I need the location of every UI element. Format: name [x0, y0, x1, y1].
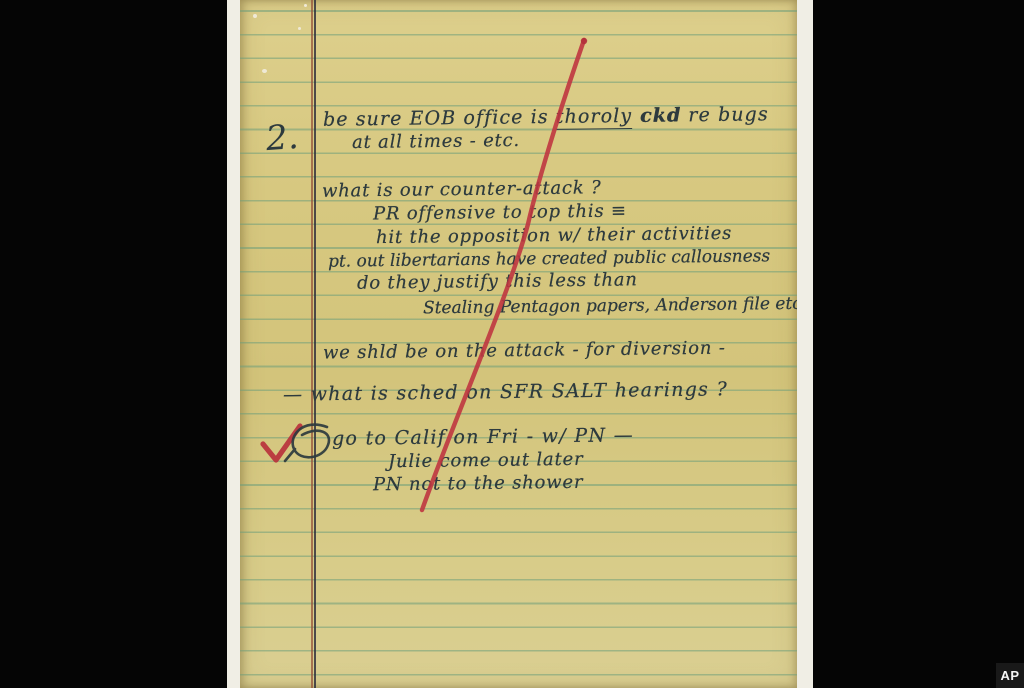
dust-speck	[304, 4, 307, 7]
handwriting-line-counter-attack: what is our counter-attack ?	[322, 177, 602, 201]
margin-line-red	[311, 0, 313, 688]
page-number: 2.	[265, 117, 300, 159]
photo-background: 2. be sure EOB office is thoroly ckd re …	[0, 0, 1024, 688]
legal-pad-page: 2. be sure EOB office is thoroly ckd re …	[240, 0, 797, 688]
handwriting-segment-underlined: thoroly	[556, 105, 633, 130]
handwriting-line-hit-opposition: hit the opposition w/ their activities	[376, 223, 732, 248]
dust-speck	[253, 14, 257, 18]
handwriting-line-pn-shower: PN not to the shower	[373, 472, 584, 496]
handwriting-line-justify: do they justify this less than	[357, 269, 638, 293]
handwriting-line-julie: Julie come out later	[388, 449, 584, 472]
dust-speck	[262, 69, 267, 73]
handwriting-segment: be sure EOB office is	[323, 106, 556, 131]
handwriting-line-pr-offensive: PR offensive to top this ≡	[373, 200, 627, 224]
handwriting-segment: re bugs	[681, 103, 769, 126]
handwriting-line-at-all-times: at all times - etc.	[352, 130, 520, 153]
ap-watermark-label: AP	[1000, 668, 1019, 683]
ap-watermark: AP	[996, 663, 1024, 688]
margin-line-dark	[314, 0, 316, 688]
dust-speck	[298, 27, 301, 30]
handwriting-line-go-to-calif: go to Calif on Fri - w/ PN —	[332, 424, 634, 450]
note-photo: 2. be sure EOB office is thoroly ckd re …	[227, 0, 813, 688]
handwriting-segment-bold: ckd	[632, 104, 681, 127]
